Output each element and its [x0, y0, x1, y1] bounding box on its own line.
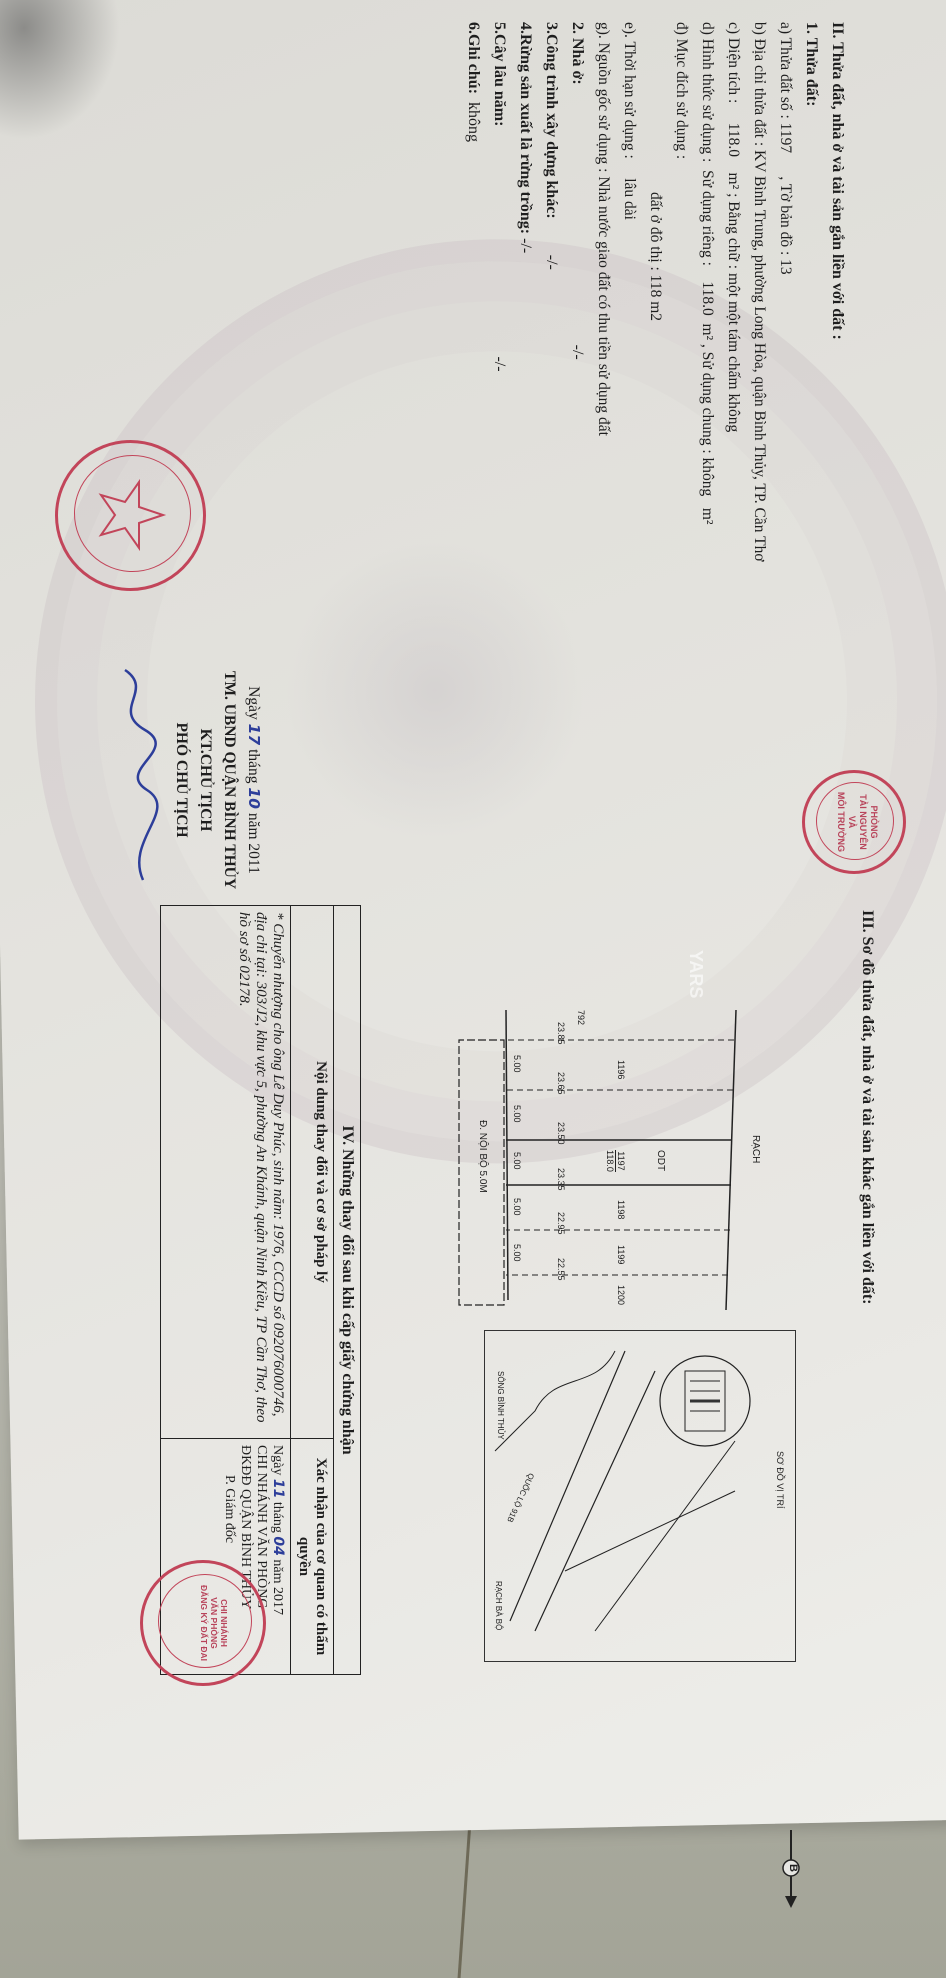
width-label: 5.00 [512, 1198, 522, 1216]
parcel-area: c) Diện tích : 118.0 m² ; Bằng chữ : một… [720, 22, 746, 782]
parcel-label: 1198 [616, 1200, 626, 1219]
stamp2-line: CHI NHÁNH [219, 1563, 229, 1683]
inner-road-label: Đ. NỘI BỘ 5.0M [477, 1120, 488, 1193]
stamp2-line: ĐĂNG KÝ ĐẤT ĐAI [199, 1563, 209, 1683]
parcel-label: 1196 [616, 1060, 626, 1079]
note-label: 6.Ghi chú: [465, 22, 482, 94]
forest-value: -/- [517, 238, 534, 253]
sign-day: 17 [245, 724, 263, 746]
land-type-label: ODT [655, 1150, 666, 1171]
usage-purpose-label: đ) Mục đích sử dụng : [668, 22, 694, 782]
red-seal-environment-office: PHÒNG TÀI NGUYÊN VÀ MÔI TRƯỜNG [802, 770, 906, 874]
stamp1-line: PHÒNG [868, 773, 879, 871]
section3-title: III. Sơ đồ thửa đất, nhà ở và tài sản kh… [858, 910, 876, 1305]
sign-date-prefix: Ngày [245, 686, 262, 720]
usage-purpose-value: đất ở đô thị : 118 m2 [642, 22, 668, 782]
parcel-label: 1200 [616, 1285, 626, 1305]
stamp1-line: VÀ [846, 773, 857, 871]
sign-year-label: năm [245, 813, 262, 840]
depth-label: 22.95 [556, 1212, 566, 1235]
location-map: SƠ ĐỒ VỊ TRÍ QUỐC LỘ 91B RẠCH BÀ BỘ SÔNG… [484, 1330, 796, 1662]
plot-diagram: RẠCH Đ. NỘI BỘ 5.0M ODT 1197 118.0 792 1… [446, 1000, 766, 1330]
confirm-day: 11 [270, 1479, 286, 1498]
perennial-trees-value: -/- [491, 356, 508, 371]
depth-label: 23.35 [556, 1168, 566, 1191]
note-value: không [465, 102, 482, 142]
red-seal-people-committee [55, 440, 206, 591]
red-seal-land-registration: CHI NHÁNH VĂN PHÒNG ĐĂNG KÝ ĐẤT ĐAI [140, 1560, 266, 1686]
house-value: -/- [569, 345, 586, 360]
usage-form: d) Hình thức sử dụng : Sử dụng riêng : 1… [694, 22, 720, 782]
stamp1-line: TÀI NGUYÊN [857, 773, 868, 871]
width-label: 5.00 [512, 1105, 522, 1123]
confirm-month: 04 [270, 1536, 286, 1555]
parcel-label: 792 [576, 1010, 586, 1025]
depth-label: 23.50 [556, 1122, 566, 1145]
confirm-month-label: tháng [270, 1502, 285, 1533]
col-content-header: Nội dung thay đổi và cơ sở pháp lý [291, 906, 334, 1439]
width-label: 5.00 [512, 1055, 522, 1073]
depth-label: 23.65 [556, 1072, 566, 1095]
river-label: RẠCH [750, 1135, 761, 1163]
confirm-year-label: năm [270, 1559, 285, 1583]
handwritten-signature [105, 650, 165, 910]
stamp1-line: MÔI TRƯỜNG [835, 773, 846, 871]
usage-origin: g). Nguồn gốc sử dụng : Nhà nước giao đấ… [590, 22, 616, 782]
watermark-logo: YARS [685, 950, 706, 998]
river-ba-bo-label: RẠCH BÀ BỘ [494, 1581, 503, 1630]
house-label: 2. Nhà ở: [569, 22, 586, 85]
depth-label: 22.55 [556, 1258, 566, 1281]
sign-month-label: tháng [245, 749, 262, 783]
other-construction-label: 3.Công trình xây dựng khác: [543, 22, 560, 219]
forest-label: 4.Rừng sản xuất là rừng trồng: [517, 22, 534, 234]
section-land-info: II. Thửa đất, nhà ở và tài sản gắn liền … [460, 22, 850, 782]
perennial-trees-label: 5.Cây lâu năm: [491, 22, 508, 126]
sign-month: 10 [245, 787, 263, 809]
main-parcel-area: 118.0 [605, 1150, 615, 1172]
parcel-label: 1199 [616, 1245, 626, 1264]
usage-term: e). Thời hạn sử dụng : lâu dài [616, 22, 642, 782]
parcel-number: a) Thửa đất số : 1197 , Tờ bản đồ : 13 [772, 22, 798, 782]
rotated-document: II. Thửa đất, nhà ở và tài sản gắn liền … [0, 0, 946, 1900]
section2-title: II. Thửa đất, nhà ở và tài sản gắn liền … [824, 22, 850, 782]
width-label: 5.00 [512, 1244, 522, 1262]
land-parcel-heading: 1. Thửa đất: [798, 22, 824, 782]
confirm-date-prefix: Ngày [270, 1445, 285, 1475]
other-construction-value: -/- [543, 255, 560, 270]
confirm-year: 2017 [270, 1587, 285, 1615]
river-binh-thuy-label: SÔNG BÌNH THỦY [496, 1371, 505, 1440]
parcel-address: b) Địa chỉ thửa đất : KV Bình Trung, phư… [746, 22, 772, 782]
depth-label: 23.85 [556, 1022, 566, 1045]
main-parcel-label: 1197 118.0 [605, 1150, 626, 1172]
main-parcel-number: 1197 [615, 1150, 626, 1172]
north-arrow: B [776, 1830, 806, 1910]
change-entry-content: * Chuyển nhượng cho ông Lê Duy Phúc, sin… [161, 906, 291, 1439]
section4-title: IV. Những thay đổi sau khi cấp giấy chứn… [334, 906, 361, 1675]
changes-table: IV. Những thay đổi sau khi cấp giấy chứn… [160, 905, 361, 1675]
stamp2-line: VĂN PHÒNG [209, 1563, 219, 1683]
north-label: B [787, 1864, 799, 1872]
sign-year: 2011 [245, 843, 262, 873]
width-label: 5.00 [512, 1152, 522, 1170]
col-confirm-header: Xác nhận của cơ quan có thẩm quyền [291, 1439, 334, 1675]
